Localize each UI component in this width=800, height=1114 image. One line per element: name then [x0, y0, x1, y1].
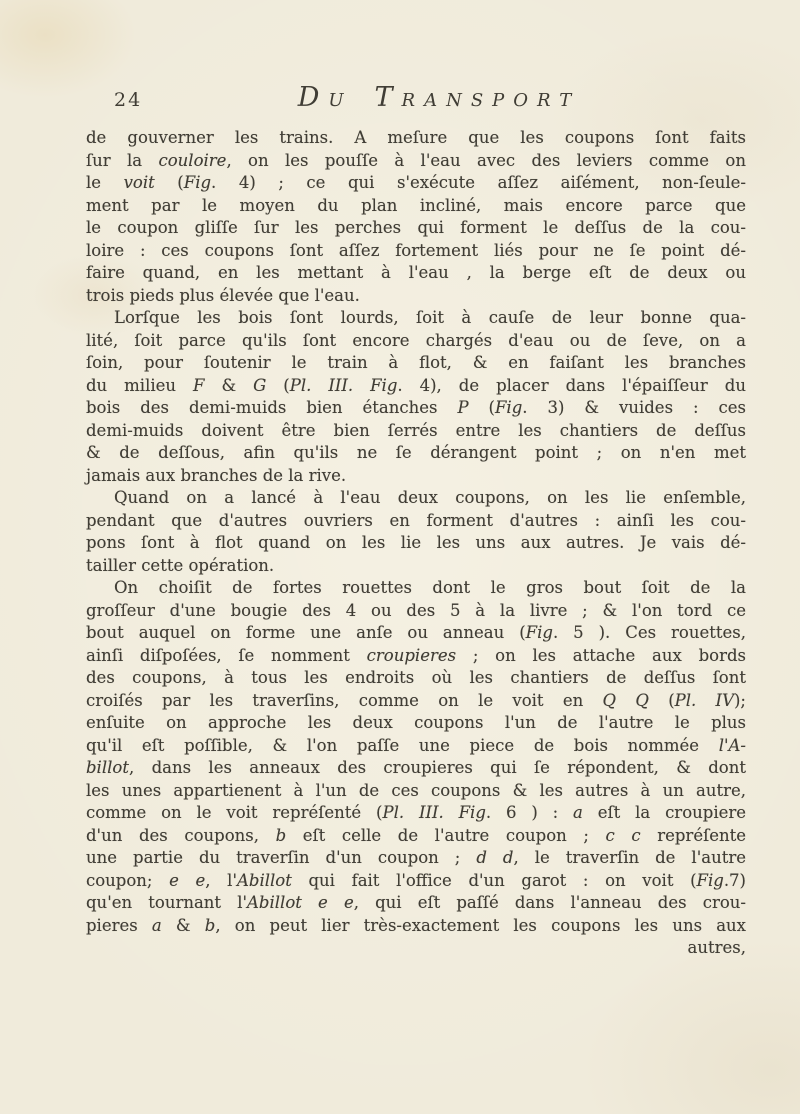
body-text: autres, [688, 938, 746, 957]
body-text: . 3) & vuides : ces [522, 398, 746, 417]
book-page: 24 DuTransport de gouverner les trains. … [0, 0, 800, 1114]
text-line: & de deſſous, afin qu'ils ne ſe dérangen… [86, 442, 746, 465]
text-line: billot, dans les anneaux des croupieres … [86, 757, 746, 780]
body-text: ; on les attache aux bords [456, 646, 746, 665]
text-line: tailler cette opération. [86, 555, 746, 578]
body-text: , on peut lier très-exactement les coupo… [215, 916, 746, 935]
body-text: coupon; [86, 871, 169, 890]
text-line: ainſi diſpoſées, ſe nomment croupieres ;… [86, 645, 746, 668]
body-text: ſoin, pour ſoutenir le train à flot, & e… [86, 353, 746, 372]
body-text: trois pieds plus élevée que l'eau. [86, 286, 360, 305]
text-line: loire : ces coupons ſont aſſez fortement… [86, 240, 746, 263]
page-number: 24 [114, 89, 142, 111]
italic-text: Q Q [603, 691, 649, 710]
body-text: , qui eſt paſſé dans l'anneau des crou- [354, 893, 746, 912]
italic-text: billot [86, 758, 129, 777]
body-text: qu'en tournant l' [86, 893, 247, 912]
body-text: bout auquel on forme une anſe ou anneau … [86, 623, 526, 642]
body-text: le [86, 173, 124, 192]
italic-text: Fig [184, 173, 211, 192]
body-text: enſuite on approche les deux coupons l'u… [86, 713, 746, 732]
body-text: ); [734, 691, 746, 710]
text-line: qu'en tournant l'Abillot e e, qui eſt pa… [86, 892, 746, 915]
italic-text: couloire [158, 151, 226, 170]
body-text: du milieu [86, 376, 193, 395]
body-text: . 5 ). Ces rouettes, [553, 623, 746, 642]
text-line: faire quand, en les mettant à l'eau , la… [86, 262, 746, 285]
body-text: comme on le voit repréſenté ( [86, 803, 382, 822]
text-line: ſur la couloire, on les pouſſe à l'eau a… [86, 150, 746, 173]
body-text: des coupons, à tous les endroits où les … [86, 668, 746, 687]
italic-text: croupieres [367, 646, 456, 665]
italic-text: Abillot [237, 871, 292, 890]
body-text: tailler cette opération. [86, 556, 274, 575]
body-text: eſt celle de l'autre coupon ; [286, 826, 605, 845]
italic-text: d d [476, 848, 513, 867]
italic-text: a [573, 803, 583, 822]
text-line: On choiſit de fortes rouettes dont le gr… [86, 577, 746, 600]
body-text: . 6 ) : [486, 803, 573, 822]
text-line: ſoin, pour ſoutenir le train à flot, & e… [86, 352, 746, 375]
text-line: groſſeur d'une bougie des 4 ou des 5 à l… [86, 600, 746, 623]
body-text: les unes appartienent à l'un de ces coup… [86, 781, 746, 800]
running-title: DuTransport [86, 82, 746, 113]
body-text: .7) [724, 871, 746, 890]
text-line: jamais aux branches de la rive. [86, 465, 746, 488]
italic-text: Fig [526, 623, 553, 642]
body-text: groſſeur d'une bougie des 4 ou des 5 à l… [86, 601, 746, 620]
body-text: loire : ces coupons ſont aſſez fortement… [86, 241, 746, 260]
text-line: d'un des coupons, b eſt celle de l'autre… [86, 825, 746, 848]
body-text: ( [649, 691, 675, 710]
text-line: des coupons, à tous les endroits où les … [86, 667, 746, 690]
body-text: Lorſque les bois ſont lourds, ſoit à cau… [114, 308, 746, 327]
body-text: bois des demi-muids bien étanches [86, 398, 457, 417]
italic-text: Fig [697, 871, 724, 890]
text-line: les unes appartienent à l'un de ces coup… [86, 780, 746, 803]
text-line: comme on le voit repréſenté (Pl. III. Fi… [86, 802, 746, 825]
body-text: demi-muids doivent être bien ſerrés entr… [86, 421, 746, 440]
italic-text: Pl. IV [675, 691, 734, 710]
italic-text: G [253, 376, 266, 395]
italic-text: Fig [495, 398, 522, 417]
body-text: d'un des coupons, [86, 826, 276, 845]
page-header: 24 DuTransport [86, 82, 746, 116]
body-text: , le traverſin de l'autre [513, 848, 746, 867]
body-text: . 4), de placer dans l'épaiſſeur du [397, 376, 746, 395]
italic-text: e e [169, 871, 205, 890]
body-text: , l' [205, 871, 237, 890]
body-text: & de deſſous, afin qu'ils ne ſe dérangen… [86, 443, 746, 462]
body-text: ( [469, 398, 495, 417]
body-text: jamais aux branches de la rive. [86, 466, 346, 485]
body-text: de gouverner les trains. A meſure que le… [86, 128, 746, 147]
body-text: faire quand, en les mettant à l'eau , la… [86, 263, 746, 282]
body-text: & [162, 916, 205, 935]
body-text: ainſi diſpoſées, ſe nomment [86, 646, 367, 665]
text-line: le coupon gliſſe ſur les perches qui for… [86, 217, 746, 240]
running-title-word: Du [298, 82, 353, 113]
text-line: du milieu F & G (Pl. III. Fig. 4), de pl… [86, 375, 746, 398]
body-text: . 4) ; ce qui s'exécute aſſez aiſément, … [211, 173, 746, 192]
text-line: trois pieds plus élevée que l'eau. [86, 285, 746, 308]
body-text: lité, ſoit parce qu'ils ſont encore char… [86, 331, 746, 350]
italic-text: Abillot e e [247, 893, 354, 912]
body-text: ( [266, 376, 289, 395]
text-line: pendant que d'autres ouvriers en forment… [86, 510, 746, 533]
body-text: pieres [86, 916, 152, 935]
body-text: croiſés par les traverſins, comme on le … [86, 691, 603, 710]
text-line: Quand on a lancé à l'eau deux coupons, o… [86, 487, 746, 510]
body-text: repréſente [641, 826, 746, 845]
text-line: bout auquel on forme une anſe ou anneau … [86, 622, 746, 645]
text-line: une partie du traverſin d'un coupon ; d … [86, 847, 746, 870]
text-line: pieres a & b, on peut lier très-exacteme… [86, 915, 746, 938]
italic-text: Pl. III. Fig [290, 376, 398, 395]
text-line: le voit (Fig. 4) ; ce qui s'exécute aſſe… [86, 172, 746, 195]
text-line: bois des demi-muids bien étanches P (Fig… [86, 397, 746, 420]
italic-text: b [205, 916, 216, 935]
text-line: pons ſont à flot quand on les lie les un… [86, 532, 746, 555]
body-text: eſt la croupiere [583, 803, 746, 822]
body-text: ſur la [86, 151, 158, 170]
body-text: le coupon gliſſe ſur les perches qui for… [86, 218, 746, 237]
text-line: Lorſque les bois ſont lourds, ſoit à cau… [86, 307, 746, 330]
text-line: ment par le moyen du plan incliné, mais … [86, 195, 746, 218]
text-line: coupon; e e, l'Abillot qui fait l'office… [86, 870, 746, 893]
body-text: qu'il eſt poſſible, & l'on paſſe une pie… [86, 736, 719, 755]
body-text: une partie du traverſin d'un coupon ; [86, 848, 476, 867]
text-line: enſuite on approche les deux coupons l'u… [86, 712, 746, 735]
italic-text: b [276, 826, 287, 845]
body-text: ment par le moyen du plan incliné, mais … [86, 196, 746, 215]
catchword: autres, [86, 937, 746, 960]
italic-text: c c [606, 826, 641, 845]
body-text: , on les pouſſe à l'eau avec des leviers… [226, 151, 746, 170]
body-text: ( [155, 173, 184, 192]
italic-text: a [152, 916, 162, 935]
body-text: pendant que d'autres ouvriers en forment… [86, 511, 746, 530]
italic-text: Pl. III. Fig [382, 803, 485, 822]
text-line: demi-muids doivent être bien ſerrés entr… [86, 420, 746, 443]
italic-text: l'A- [719, 736, 746, 755]
text-line: de gouverner les trains. A meſure que le… [86, 127, 746, 150]
italic-text: voit [124, 173, 155, 192]
italic-text: F [193, 376, 204, 395]
text-line: croiſés par les traverſins, comme on le … [86, 690, 746, 713]
body-text: , dans les anneaux des croupieres qui ſe… [129, 758, 746, 777]
running-title-word: Transport [375, 82, 581, 113]
body-text: On choiſit de fortes rouettes dont le gr… [114, 578, 746, 597]
text-block: de gouverner les trains. A meſure que le… [86, 127, 746, 960]
body-text: pons ſont à flot quand on les lie les un… [86, 533, 746, 552]
body-text: Quand on a lancé à l'eau deux coupons, o… [114, 488, 746, 507]
body-text: & [204, 376, 253, 395]
text-line: lité, ſoit parce qu'ils ſont encore char… [86, 330, 746, 353]
body-text: qui fait l'office d'un garot : on voit ( [292, 871, 697, 890]
text-line: qu'il eſt poſſible, & l'on paſſe une pie… [86, 735, 746, 758]
italic-text: P [457, 398, 468, 417]
